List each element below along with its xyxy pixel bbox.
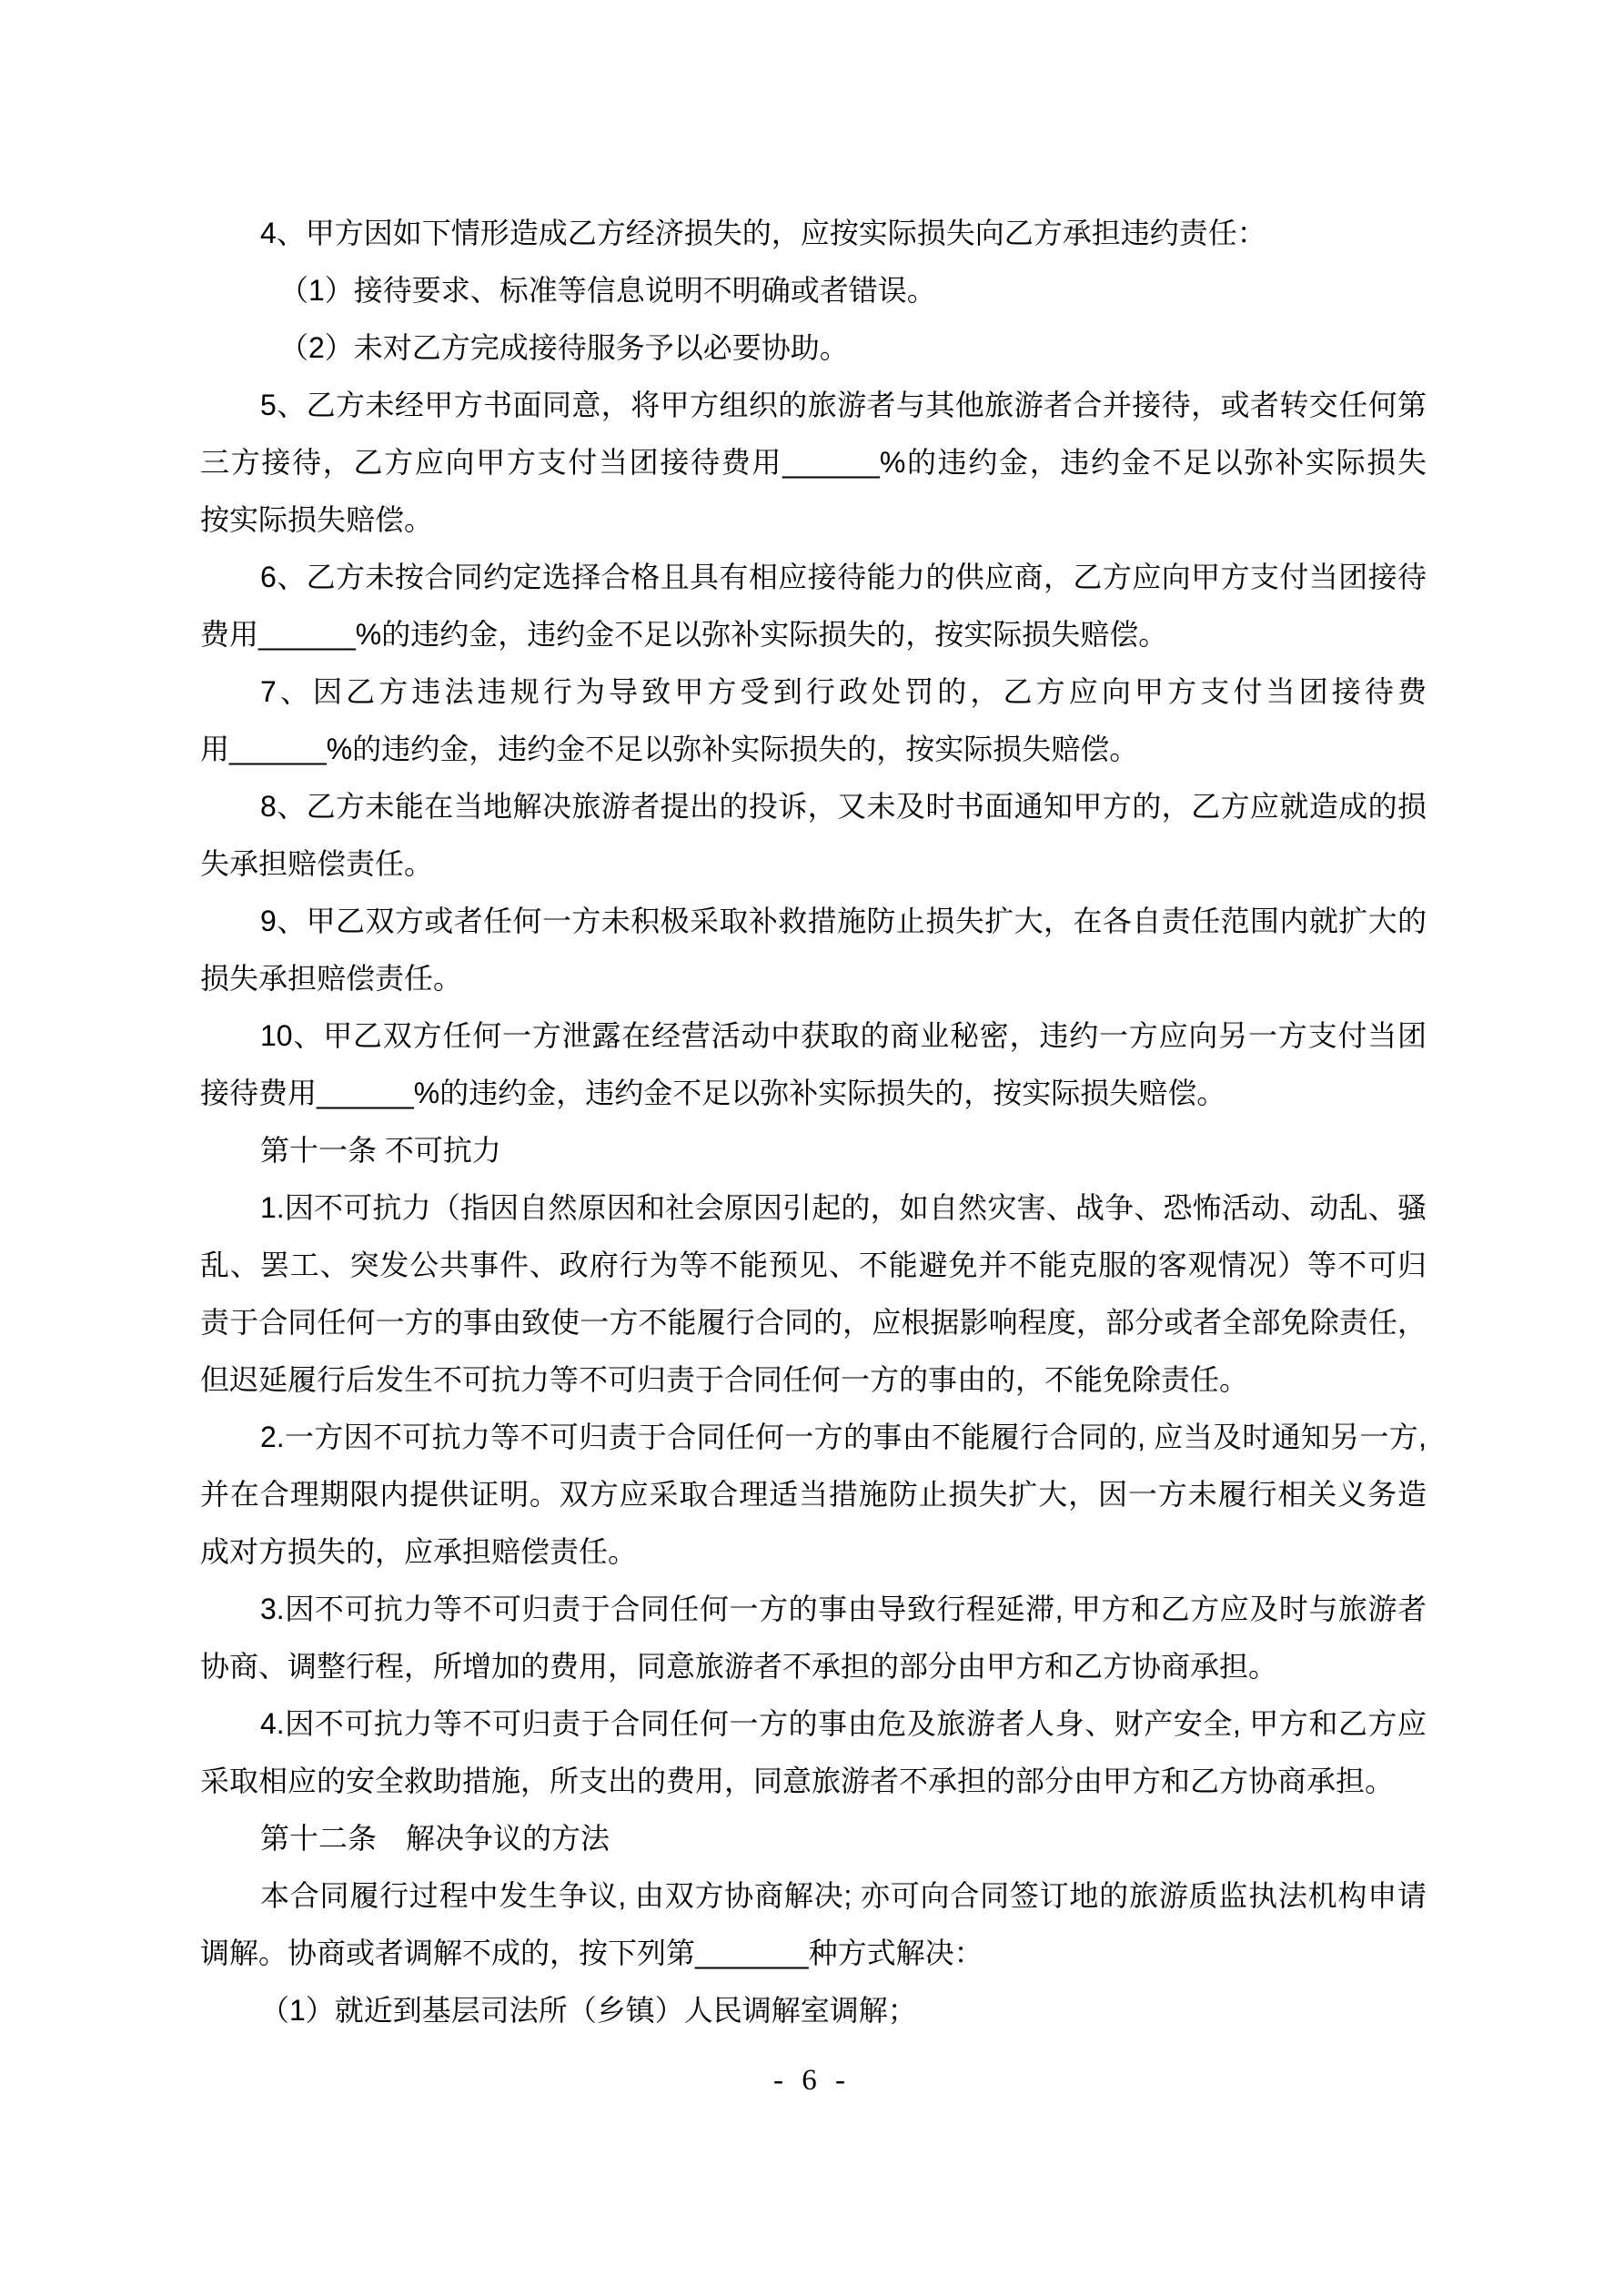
document-line: （2）未对乙方完成接待服务予以必要协助。 <box>200 319 1427 377</box>
document-line: 10、甲乙双方任何一方泄露在经营活动中获取的商业秘密，违约一方应向另一方支付当团 <box>200 1007 1427 1065</box>
document-line: 失承担赔偿责任。 <box>200 835 1427 893</box>
document-line: 按实际损失赔偿。 <box>200 491 1427 549</box>
contract-document-page: 4、甲方因如下情形造成乙方经济损失的，应按实际损失向乙方承担违约责任：（1）接待… <box>0 0 1624 2296</box>
document-line: 第十二条 解决争议的方法 <box>200 1810 1427 1867</box>
document-line: 成对方损失的，应承担赔偿责任。 <box>200 1523 1427 1581</box>
document-line: 三方接待，乙方应向甲方支付当团接待费用______%的违约金，违约金不足以弥补实… <box>200 434 1427 491</box>
document-line: 7、因乙方违法违规行为导致甲方受到行政处罚的，乙方应向甲方支付当团接待费 <box>200 663 1427 721</box>
document-line: 第十一条 不可抗力 <box>200 1122 1427 1179</box>
document-line: 并在合理期限内提供证明。双方应采取合理适当措施防止损失扩大，因一方未履行相关义务… <box>200 1466 1427 1523</box>
document-line: 4.因不可抗力等不可归责于合同任何一方的事由危及旅游者人身、财产安全, 甲方和乙… <box>200 1695 1427 1753</box>
document-line: 4、甲方因如下情形造成乙方经济损失的，应按实际损失向乙方承担违约责任： <box>200 205 1427 262</box>
document-line: 费用______%的违约金，违约金不足以弥补实际损失的，按实际损失赔偿。 <box>200 606 1427 663</box>
document-line: 8、乙方未能在当地解决旅游者提出的投诉，又未及时书面通知甲方的，乙方应就造成的损 <box>200 778 1427 835</box>
document-line: 但迟延履行后发生不可抗力等不可归责于合同任何一方的事由的，不能免除责任。 <box>200 1351 1427 1409</box>
document-line: 6、乙方未按合同约定选择合格且具有相应接待能力的供应商，乙方应向甲方支付当团接待 <box>200 549 1427 606</box>
document-line: 本合同履行过程中发生争议, 由双方协商解决; 亦可向合同签订地的旅游质监执法机构… <box>200 1867 1427 1925</box>
document-line: 接待费用______%的违约金，违约金不足以弥补实际损失的，按实际损失赔偿。 <box>200 1065 1427 1122</box>
document-line: 采取相应的安全救助措施，所支出的费用，同意旅游者不承担的部分由甲方和乙方协商承担… <box>200 1753 1427 1810</box>
document-line: 3.因不可抗力等不可归责于合同任何一方的事由导致行程延滞, 甲方和乙方应及时与旅… <box>200 1581 1427 1638</box>
document-line: 5、乙方未经甲方书面同意，将甲方组织的旅游者与其他旅游者合并接待，或者转交任何第 <box>200 377 1427 434</box>
document-line: 责于合同任何一方的事由致使一方不能履行合同的，应根据影响程度，部分或者全部免除责… <box>200 1294 1427 1351</box>
document-line: （1）就近到基层司法所（乡镇）人民调解室调解； <box>200 1982 1427 2039</box>
document-line: （1）接待要求、标准等信息说明不明确或者错误。 <box>200 262 1427 319</box>
document-line: 乱、罢工、突发公共事件、政府行为等不能预见、不能避免并不能克服的客观情况）等不可… <box>200 1237 1427 1294</box>
document-line: 损失承担赔偿责任。 <box>200 950 1427 1007</box>
document-line: 用______%的违约金，违约金不足以弥补实际损失的，按实际损失赔偿。 <box>200 721 1427 778</box>
document-line: 2.一方因不可抗力等不可归责于合同任何一方的事由不能履行合同的, 应当及时通知另… <box>200 1409 1427 1466</box>
document-line: 9、甲乙双方或者任何一方未积极采取补救措施防止损失扩大，在各自责任范围内就扩大的 <box>200 893 1427 950</box>
page-number: - 6 - <box>0 2064 1624 2098</box>
document-line: 调解。协商或者调解不成的，按下列第_______种方式解决： <box>200 1925 1427 1982</box>
document-line: 1.因不可抗力（指因自然原因和社会原因引起的，如自然灾害、战争、恐怖活动、动乱、… <box>200 1179 1427 1237</box>
document-line: 协商、调整行程，所增加的费用，同意旅游者不承担的部分由甲方和乙方协商承担。 <box>200 1638 1427 1695</box>
document-lines: 4、甲方因如下情形造成乙方经济损失的，应按实际损失向乙方承担违约责任：（1）接待… <box>200 205 1427 2039</box>
